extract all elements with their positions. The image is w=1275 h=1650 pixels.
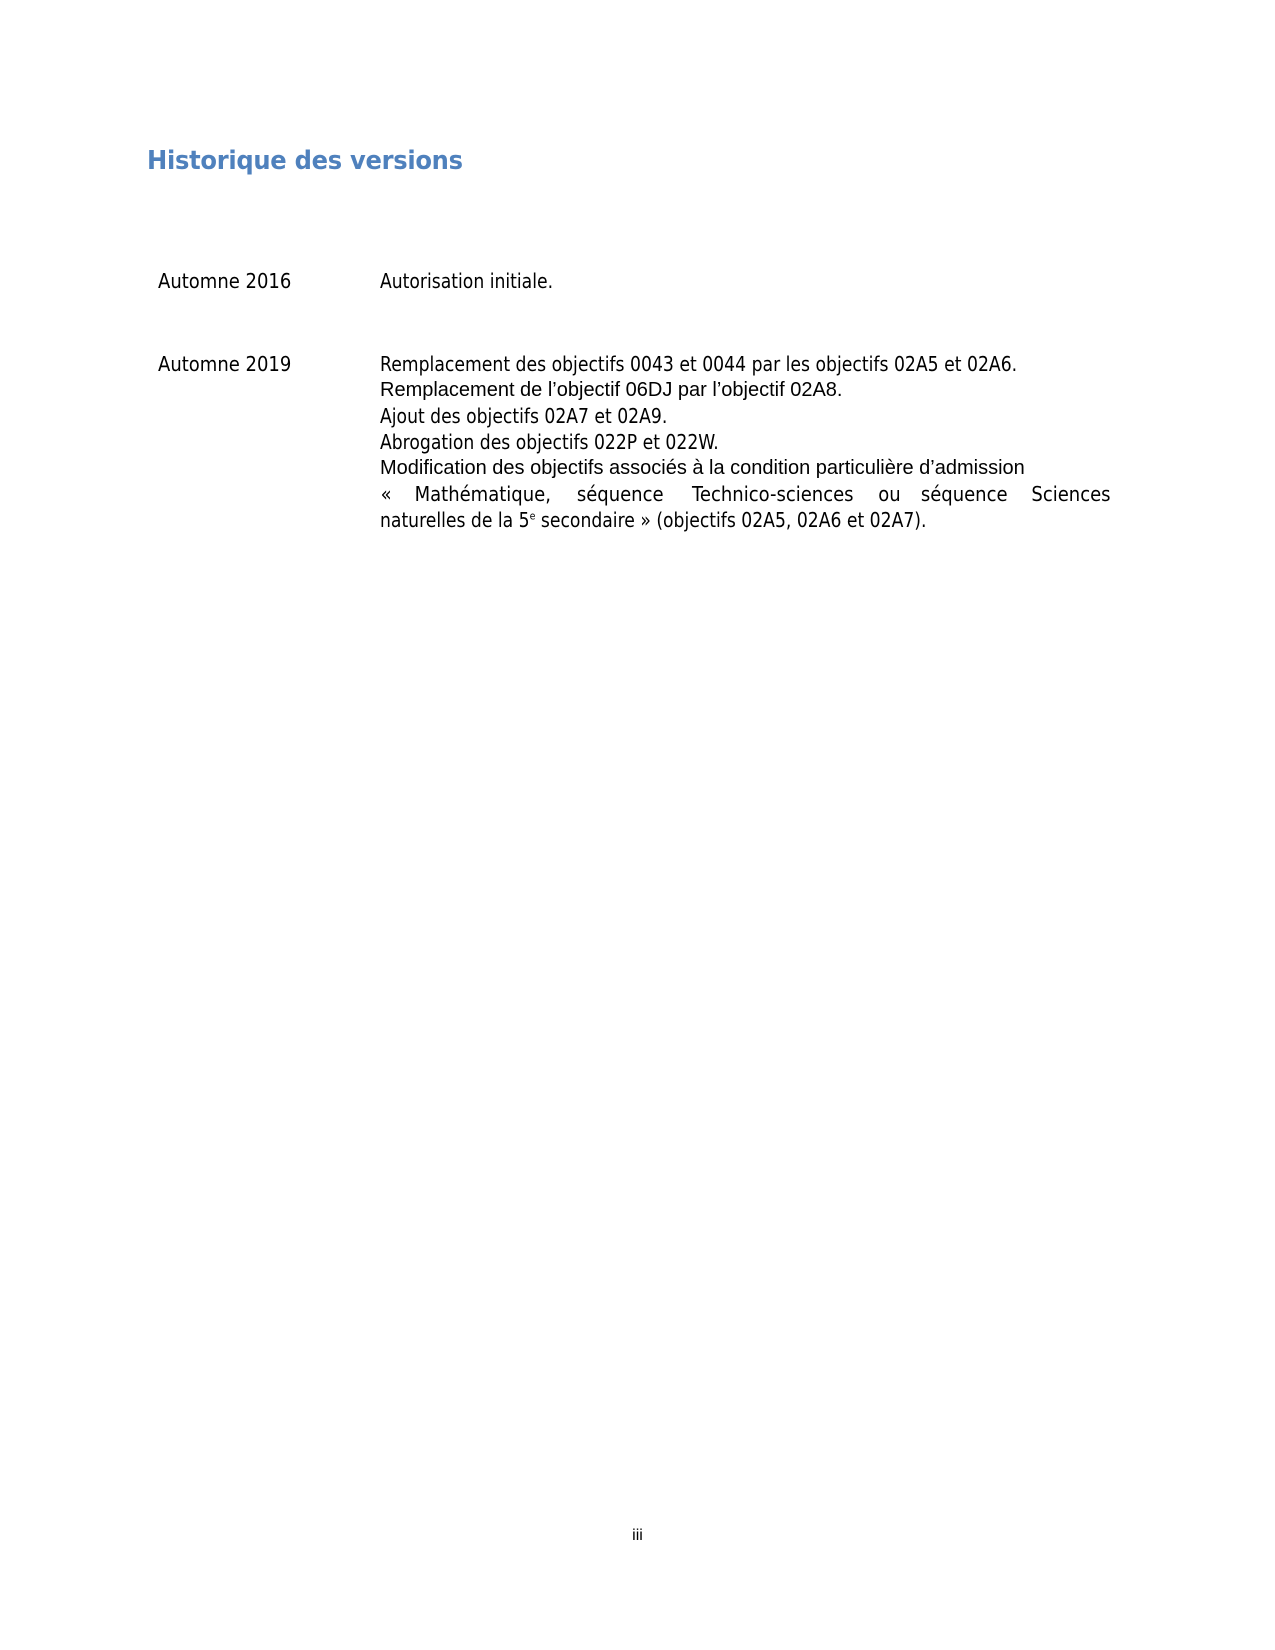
- version-description: Remplacement des objectifs 0043 et 0044 …: [380, 351, 1115, 533]
- description-line: Abrogation des objectifs 022P et 022W.: [380, 429, 1115, 455]
- word: séquence: [921, 481, 1008, 507]
- word: Technico-sciences: [692, 481, 854, 507]
- word: ou: [878, 481, 900, 507]
- description-line: Modification des objectifs associés à la…: [380, 455, 1115, 481]
- description-line: Remplacement des objectifs 0043 et 0044 …: [380, 351, 1115, 377]
- version-date: Automne 2016: [158, 268, 291, 294]
- page-number: iii: [0, 1527, 1275, 1545]
- word: séquence: [577, 481, 664, 507]
- description-line: Ajout des objectifs 02A7 et 02A9.: [380, 403, 1115, 429]
- description-line: naturelles de la 5e secondaire » (object…: [380, 507, 1115, 533]
- description-line: Remplacement de l’objectif 06DJ par l’ob…: [380, 377, 1115, 403]
- page-title: Historique des versions: [147, 146, 463, 176]
- word: Mathématique,: [414, 481, 550, 507]
- word: Sciences: [1031, 481, 1110, 507]
- version-date: Automne 2019: [158, 351, 291, 377]
- word: «: [381, 481, 392, 507]
- version-description: Autorisation initiale.: [380, 268, 1115, 294]
- description-line: Autorisation initiale.: [380, 268, 1115, 294]
- description-line-justified: «Mathématique,séquenceTechnico-scienceso…: [380, 481, 1115, 507]
